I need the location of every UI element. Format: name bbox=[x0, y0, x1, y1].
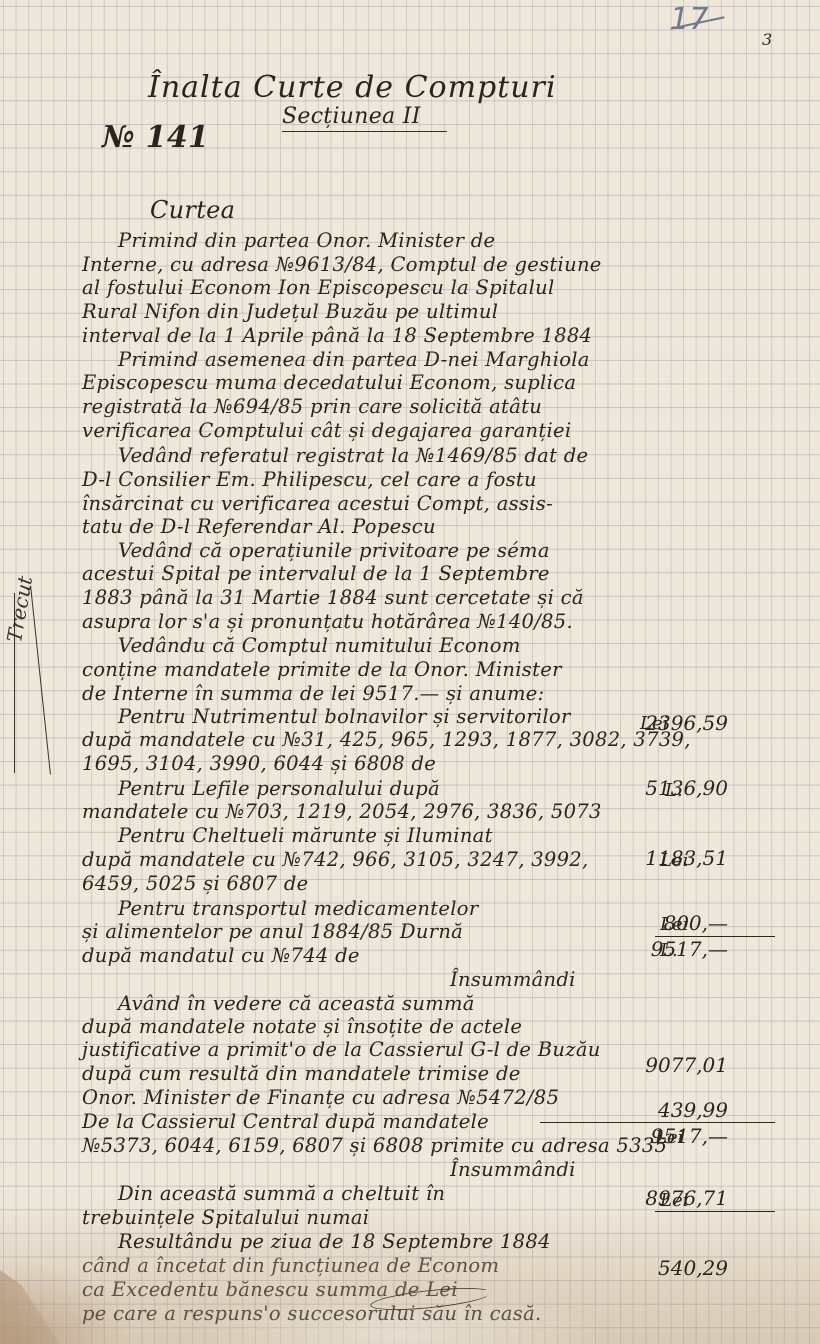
document-number: № 141 bbox=[102, 120, 209, 155]
handwritten-line: Resultându pe ziua de 18 Septembre 1884 bbox=[118, 1230, 551, 1253]
handwritten-line: Onor. Minister de Finanțe cu adresa №547… bbox=[82, 1086, 559, 1109]
handwritten-line: Din această summă a cheltuit în bbox=[118, 1182, 445, 1205]
handwritten-line: №5373, 6044, 6159, 6807 și 6808 primite … bbox=[82, 1134, 667, 1157]
amount-cheltuit: 8976,71 bbox=[645, 1186, 728, 1210]
handwritten-line: conține mandatele primite de la Onor. Mi… bbox=[82, 658, 562, 681]
handwritten-line: Având în vedere că această summă bbox=[118, 992, 475, 1015]
amount-nutriment: 2396,59 bbox=[645, 711, 728, 735]
handwritten-line: tatu de D-l Referendar Al. Popescu bbox=[82, 515, 436, 538]
handwritten-line: Însummândi bbox=[450, 1158, 576, 1181]
amount-total-2: 9517,— bbox=[651, 1124, 728, 1148]
handwritten-line: registrată la №694/85 prin care solicită… bbox=[82, 395, 542, 418]
amount-lefi: 5136,90 bbox=[645, 776, 728, 800]
handwritten-line: Vedându că Comptul numitului Econom bbox=[118, 634, 521, 657]
handwritten-line: Vedând referatul registrat la №1469/85 d… bbox=[118, 444, 588, 467]
amount-transport: 800,— bbox=[663, 911, 728, 935]
handwritten-line: Primind asemenea din partea D-nei Marghi… bbox=[118, 348, 590, 371]
handwritten-line: și alimentelor pe anul 1884/85 Durnă bbox=[82, 920, 463, 943]
sum-underline bbox=[655, 1211, 775, 1212]
amount-total-1: 9517,— bbox=[651, 937, 728, 961]
handwritten-line: trebuințele Spitalului numai bbox=[82, 1206, 369, 1229]
section-heading: Secțiunea II bbox=[282, 104, 421, 129]
handwritten-line: Primind din partea Onor. Minister de bbox=[118, 229, 495, 252]
amount-finante: 9077,01 bbox=[645, 1053, 728, 1077]
handwritten-line: Vedând că operațiunile privitoare pe sém… bbox=[118, 539, 550, 562]
handwritten-line: Episcopescu muma decedatului Econom, sup… bbox=[82, 371, 576, 394]
handwritten-line: 6459, 5025 și 6807 de bbox=[82, 872, 308, 895]
handwritten-line: după mandatele cu №31, 425, 965, 1293, 1… bbox=[82, 728, 691, 751]
page-number-pencil: 17 bbox=[670, 2, 709, 37]
handwritten-line: justificative a primit'o de la Cassierul… bbox=[82, 1038, 601, 1061]
handwritten-line: când a încetat din funcțiunea de Econom bbox=[82, 1254, 499, 1277]
handwritten-line: Însummândi bbox=[450, 968, 576, 991]
handwritten-line: acestui Spital pe intervalul de la 1 Sep… bbox=[82, 562, 550, 585]
handwritten-line: 1883 până la 31 Martie 1884 sunt cerceta… bbox=[82, 586, 584, 609]
amount-cheltueli: 1183,51 bbox=[645, 846, 728, 870]
handwritten-line: Pentru Lefile personalului după bbox=[118, 777, 440, 800]
paper-edge-damage bbox=[0, 1270, 60, 1344]
handwritten-line: după mandatele cu №742, 966, 3105, 3247,… bbox=[82, 848, 589, 871]
handwritten-line: după cum resultă din mandatele trimise d… bbox=[82, 1062, 521, 1085]
handwritten-line: al fostului Econom Ion Episcopescu la Sp… bbox=[82, 276, 555, 299]
handwritten-line: de Interne în summa de lei 9517.— și anu… bbox=[82, 682, 545, 705]
section-underline bbox=[282, 131, 447, 132]
document-title: Înalta Curte de Compturi bbox=[148, 70, 557, 105]
handwritten-line: Rural Nifon din Județul Buzău pe ultimul bbox=[82, 300, 498, 323]
handwritten-line: mandatele cu №703, 1219, 2054, 2976, 383… bbox=[82, 800, 602, 823]
court-heading: Curtea bbox=[150, 196, 235, 224]
handwritten-line: după mandatul cu №744 de bbox=[82, 944, 360, 967]
handwritten-line: Pentru Cheltueli mărunte și Iluminat bbox=[118, 824, 493, 847]
margin-stroke bbox=[30, 585, 51, 774]
page-number-ink: 3 bbox=[762, 30, 772, 49]
handwritten-line: după mandatele notate și însoțite de act… bbox=[82, 1015, 522, 1038]
handwritten-line: Pentru transportul medicamentelor bbox=[118, 897, 478, 920]
handwritten-line: 1695, 3104, 3990, 6044 și 6808 de bbox=[82, 752, 436, 775]
handwritten-line: Pentru Nutrimentul bolnavilor și servito… bbox=[118, 705, 571, 728]
handwritten-line: verificarea Comptului cât și degajarea g… bbox=[82, 419, 571, 442]
handwritten-line: interval de la 1 Aprile până la 18 Septe… bbox=[82, 324, 592, 347]
handwritten-line: Interne, cu adresa №9613/84, Comptul de … bbox=[82, 253, 602, 276]
handwritten-line: pe care a respuns'o succesorului său în … bbox=[82, 1302, 542, 1325]
handwritten-line: De la Cassierul Central după mandatele bbox=[82, 1110, 489, 1133]
handwritten-line: asupra lor s'a și pronunțatu hotărârea №… bbox=[82, 610, 573, 633]
amount-excedent: 540,29 bbox=[658, 1256, 728, 1280]
handwritten-line: D-l Consilier Em. Philipescu, cel care a… bbox=[82, 468, 537, 491]
handwritten-line: însărcinat cu verificarea acestui Compt,… bbox=[82, 492, 553, 515]
amount-cassier-central: 439,99 bbox=[658, 1098, 728, 1122]
sum-underline bbox=[540, 1122, 775, 1123]
